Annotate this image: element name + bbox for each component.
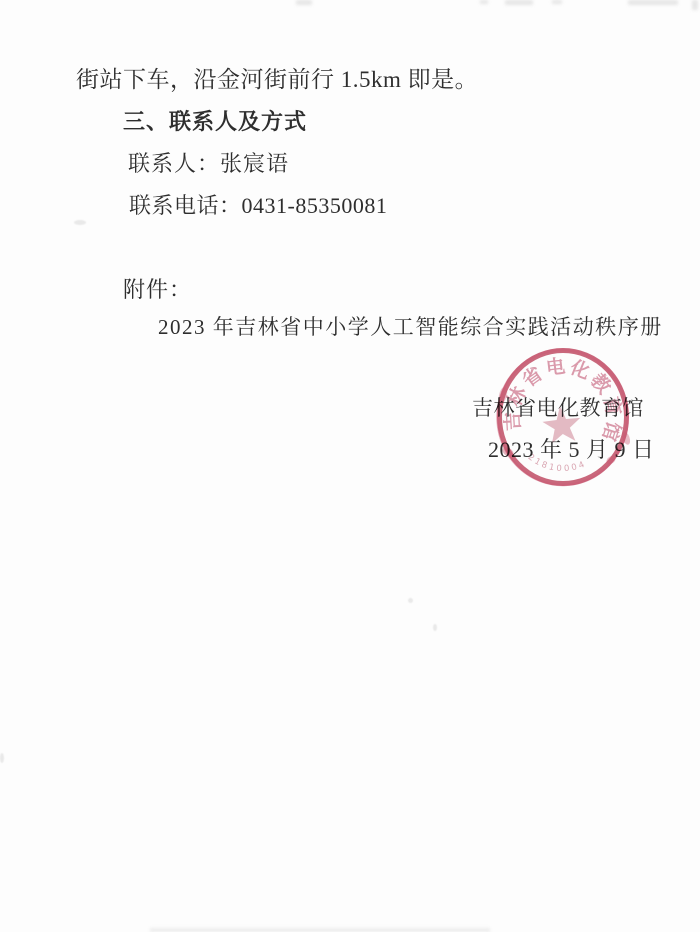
contact-phone-line: 联系电话：0431-85350081 — [129, 193, 387, 218]
scan-edge-smudge — [480, 0, 488, 4]
paper-speck — [0, 753, 4, 763]
scan-edge-smudge — [296, 0, 312, 5]
scan-edge-smudge — [552, 0, 562, 4]
scan-edge-smudge — [692, 0, 698, 10]
scan-edge-smudge — [505, 0, 533, 5]
paper-speck — [408, 598, 413, 603]
attachment-label: 附件： — [123, 277, 192, 302]
scan-edge-smudge — [150, 928, 490, 932]
paper-speck — [74, 220, 86, 225]
paragraph-tail-line: 街站下车，沿金河街前行 1.5km 即是。 — [76, 67, 478, 93]
signature-organization: 吉林省电化教育馆 — [472, 396, 644, 420]
paper-speck — [433, 624, 437, 631]
section-heading: 三、联系人及方式 — [123, 109, 307, 134]
contact-person-line: 联系人：张宸语 — [128, 151, 289, 176]
attachment-title-line: 2023 年吉林省中小学人工智能综合实践活动秩序册 — [158, 315, 663, 339]
scanned-document-page: 街站下车，沿金河街前行 1.5km 即是。 三、联系人及方式 联系人：张宸语 联… — [0, 0, 700, 932]
signature-date: 2023 年 5 月 9 日 — [488, 437, 655, 462]
scan-edge-smudge — [628, 0, 678, 5]
